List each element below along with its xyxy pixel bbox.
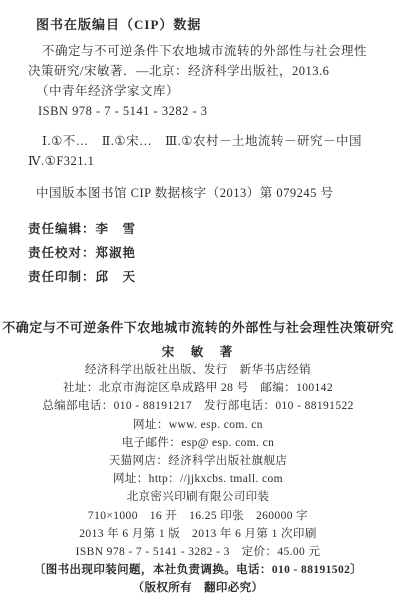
staff-proofreader: 责任校对：郑淑艳	[28, 241, 378, 265]
tmall-url: 网址：http：//jjkxcbs. tmall. com	[0, 470, 396, 488]
cip-classification-line2: Ⅳ.①F321.1	[28, 151, 378, 171]
book-title: 不确定与不可逆条件下农地城市流转的外部性与社会理性决策研究	[0, 319, 396, 337]
publisher-email: 电子邮件：esp@ esp. com. cn	[0, 434, 396, 452]
cip-record-number: 中国版本图书馆 CIP 数据核字（2013）第 079245 号	[28, 183, 378, 203]
staff-editor: 责任编辑：李 雪	[28, 217, 378, 241]
isbn-price: ISBN 978 - 7 - 5141 - 3282 - 3 定价：45.00 …	[0, 543, 396, 561]
cip-isbn: ISBN 978 - 7 - 5141 - 3282 - 3	[28, 101, 378, 121]
print-company: 北京密兴印刷有限公司印装	[0, 488, 396, 506]
edition-info: 2013 年 6 月第 1 版 2013 年 6 月第 1 次印刷	[0, 525, 396, 543]
copyright-page: 图书在版编目（CIP）数据 不确定与不可逆条件下农地城市流转的外部性与社会理性 …	[0, 0, 396, 600]
cip-description-line1: 不确定与不可逆条件下农地城市流转的外部性与社会理性	[28, 41, 378, 61]
publisher-phones: 总编部电话：010 - 88191217 发行部电话：010 - 8819152…	[0, 397, 396, 415]
staff-print-supervisor: 责任印制：邱 天	[28, 265, 378, 289]
publisher-address: 社址：北京市海淀区阜成路甲 28 号 邮编：100142	[0, 379, 396, 397]
staff-block: 责任编辑：李 雪 责任校对：郑淑艳 责任印制：邱 天	[0, 203, 396, 289]
cip-series: （中青年经济学家文库）	[28, 81, 378, 101]
format-spec: 710×1000 16 开 16.25 印张 260000 字	[0, 507, 396, 525]
publisher-website: 网址：www. esp. com. cn	[0, 416, 396, 434]
copyright-notice: （版权所有 翻印必究）	[0, 579, 396, 597]
cip-header: 图书在版编目（CIP）数据	[36, 14, 378, 33]
colophon-block: 不确定与不可逆条件下农地城市流转的外部性与社会理性决策研究 宋 敏 著 经济科学…	[0, 319, 396, 598]
exchange-notice: 〔图书出现印装问题，本社负责调换。电话：010 - 88191502〕	[0, 561, 396, 579]
publisher-line: 经济科学出版社出版、发行 新华书店经销	[0, 361, 396, 379]
tmall-store: 天猫网店：经济科学出版社旗舰店	[0, 452, 396, 470]
cip-block: 图书在版编目（CIP）数据 不确定与不可逆条件下农地城市流转的外部性与社会理性 …	[0, 0, 396, 203]
book-author: 宋 敏 著	[0, 343, 396, 361]
cip-description-line2: 决策研究/宋敏著．—北京：经济科学出版社，2013.6	[28, 61, 378, 81]
cip-classification-line1: Ⅰ.①不… Ⅱ.①宋… Ⅲ.①农村－土地流转－研究－中国	[28, 131, 378, 151]
